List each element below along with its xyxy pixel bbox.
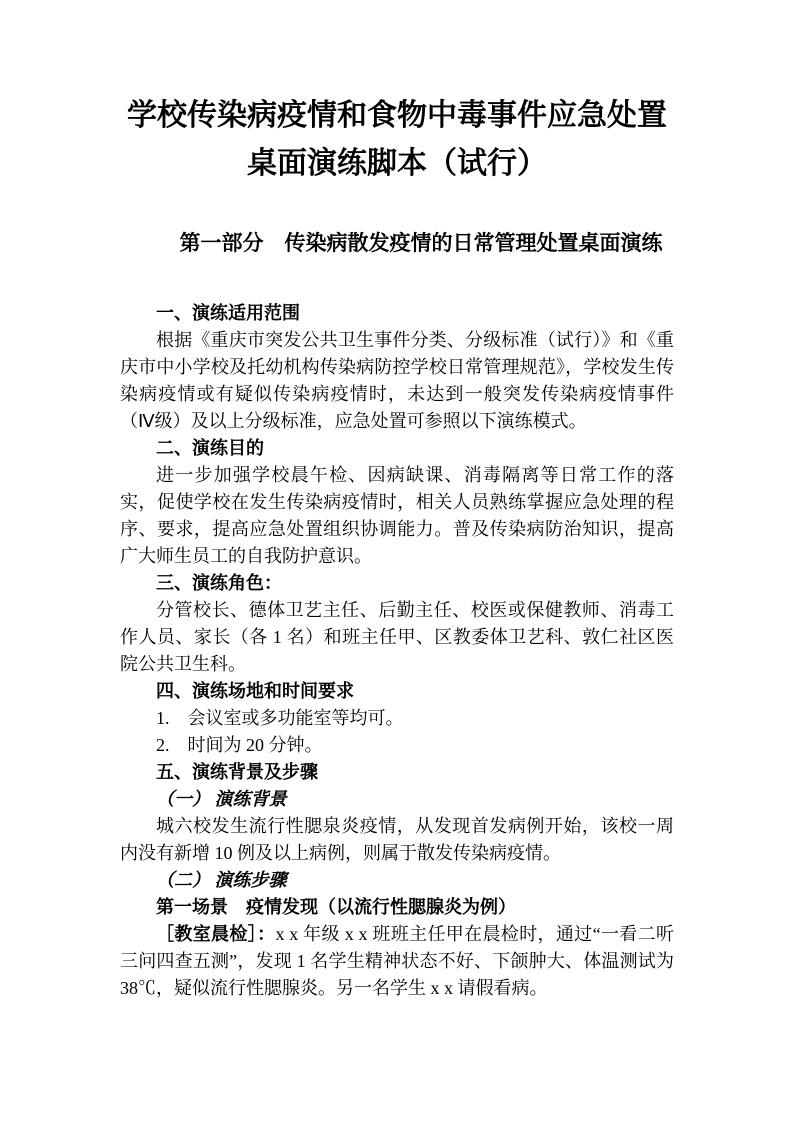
document-title: 学校传染病疫情和食物中毒事件应急处置 桌面演练脚本（试行） xyxy=(120,92,674,188)
section1-paragraph: 根据《重庆市突发公共卫生事件分类、分级标准（试行）》和《重庆市中小学校及托幼机构… xyxy=(120,327,674,435)
section5-sub2-heading: （二） 演练步骤 xyxy=(120,867,674,894)
part-one-heading: 第一部分 传染病散发疫情的日常管理处置桌面演练 xyxy=(168,230,674,258)
section2-paragraph: 进一步加强学校晨午检、因病缺课、消毒隔离等日常工作的落实，促使学校在发生传染病疫… xyxy=(120,462,674,570)
section3-heading: 三、演练角色： xyxy=(120,570,674,597)
scene1-paragraph: ［教室晨检］：x x 年级 x x 班班主任甲在晨检时，通过“一看二听三问四查五… xyxy=(120,921,674,1002)
document-title-line1: 学校传染病疫情和食物中毒事件应急处置 xyxy=(120,92,674,140)
section1-heading: 一、演练适用范围 xyxy=(120,300,674,327)
section5-heading: 五、演练背景及步骤 xyxy=(120,759,674,786)
section5-sub1-paragraph: 城六校发生流行性腮泉炎疫情，从发现首发病例开始，该校一周内没有新增 10 例及以… xyxy=(120,813,674,867)
document-page: 学校传染病疫情和食物中毒事件应急处置 桌面演练脚本（试行） 第一部分 传染病散发… xyxy=(0,0,793,1122)
scene1-heading: 第一场景 疫情发现（以流行性腮腺炎为例） xyxy=(120,894,674,921)
section5-sub1-heading: （一） 演练背景 xyxy=(120,786,674,813)
document-title-line2: 桌面演练脚本（试行） xyxy=(120,140,674,188)
section3-paragraph: 分管校长、德体卫艺主任、后勤主任、校医或保健教师、消毒工作人员、家长（各 1 名… xyxy=(120,597,674,678)
scene1-label: ［教室晨检］： xyxy=(156,924,275,944)
document-body: 一、演练适用范围 根据《重庆市突发公共卫生事件分类、分级标准（试行）》和《重庆市… xyxy=(120,300,674,1002)
section2-heading: 二、演练目的 xyxy=(120,435,674,462)
section4-list-item-1: 1. 会议室或多功能室等均可。 xyxy=(120,705,674,732)
section4-heading: 四、演练场地和时间要求 xyxy=(120,678,674,705)
section4-list-item-2: 2. 时间为 20 分钟。 xyxy=(120,732,674,759)
